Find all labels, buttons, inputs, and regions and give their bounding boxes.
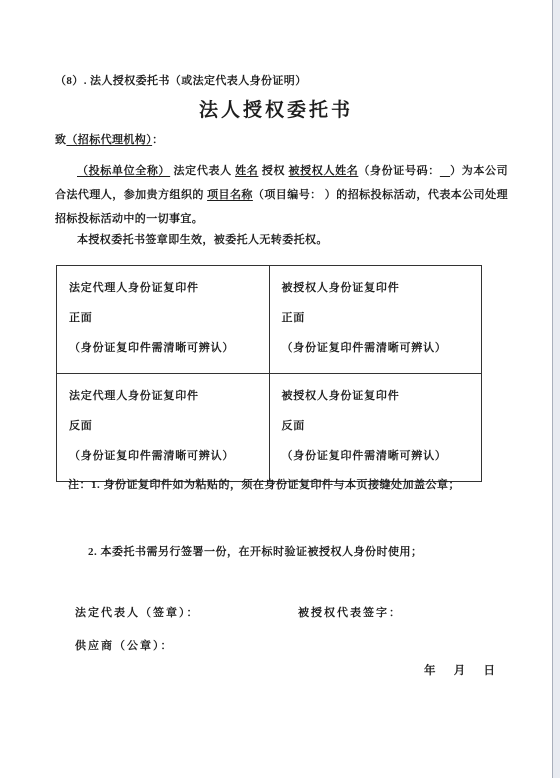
salutation-recipient-blank: （招标代理机构） xyxy=(66,134,152,146)
date-day-label: 日 xyxy=(484,662,496,678)
supplier-seal-label: 供应商（公章）： xyxy=(75,637,174,653)
table-row-front: 法定代理人身份证复印件 正面 （身份证复印件需清晰可辨认） 被授权人身份证复印件… xyxy=(57,266,482,374)
fill-in-blank: 被授权人姓名 xyxy=(289,165,359,177)
cell-title: 被授权人身份证复印件 xyxy=(282,381,478,411)
salutation: 致（招标代理机构）： xyxy=(55,131,164,147)
cell-note: （身份证复印件需清晰可辨认） xyxy=(69,333,265,363)
document-page: （8）. 法人授权委托书（或法定代表人身份证明） 法人授权委托书 致（招标代理机… xyxy=(0,0,553,778)
table-row-back: 法定代理人身份证复印件 反面 （身份证复印件需清晰可辨认） 被授权人身份证复印件… xyxy=(57,374,482,482)
salutation-colon: ： xyxy=(152,134,163,146)
cell-note: （身份证复印件需清晰可辨认） xyxy=(282,441,478,471)
date-year-label: 年 xyxy=(424,662,436,678)
paragraph-text: 授权 xyxy=(258,165,288,177)
note-2: 2. 本委托书需另行签署一份，在开标时验证被授权人身份时使用； xyxy=(88,543,423,559)
cell-title: 法定代理人身份证复印件 xyxy=(69,273,265,303)
cell-side-label: 正面 xyxy=(69,303,265,333)
cell-note: （身份证复印件需清晰可辨认） xyxy=(282,333,478,363)
paragraph-text: （身份证号码： xyxy=(358,165,440,177)
authorization-paragraph: （投标单位全称） 法定代表人 姓名 授权 被授权人姓名（身份证号码： ）为本公司… xyxy=(55,159,508,231)
cell-authorized-person-id-back: 被授权人身份证复印件 反面 （身份证复印件需清晰可辨认） xyxy=(269,374,482,482)
section-heading: （8）. 法人授权委托书（或法定代表人身份证明） xyxy=(55,72,307,88)
date-line: 年 月 日 xyxy=(424,662,495,678)
cell-authorized-person-id-front: 被授权人身份证复印件 正面 （身份证复印件需清晰可辨认） xyxy=(269,266,482,374)
salutation-prefix: 致 xyxy=(55,134,66,146)
fill-in-blank: 姓名 xyxy=(235,165,258,177)
cell-side-label: 正面 xyxy=(282,303,478,333)
cell-title: 法定代理人身份证复印件 xyxy=(69,381,265,411)
cell-note: （身份证复印件需清晰可辨认） xyxy=(69,441,265,471)
paragraph-text: 法定代表人 xyxy=(170,165,235,177)
id-copy-table: 法定代理人身份证复印件 正面 （身份证复印件需清晰可辨认） 被授权人身份证复印件… xyxy=(56,265,482,482)
cell-title: 被授权人身份证复印件 xyxy=(282,273,478,303)
document-title: 法人授权委托书 xyxy=(0,95,552,122)
cell-legal-agent-id-back: 法定代理人身份证复印件 反面 （身份证复印件需清晰可辨认） xyxy=(57,374,270,482)
legal-rep-signature-label: 法定代表人（签章）： xyxy=(75,604,200,620)
note-1: 注：1. 身份证复印件如为粘贴的，须在身份证复印件与本页接缝处加盖公章； xyxy=(68,476,460,492)
cell-side-label: 反面 xyxy=(282,411,478,441)
fill-in-blank: （投标单位全称） xyxy=(77,165,170,177)
effectiveness-paragraph: 本授权委托书签章即生效，被委托人无转委托权。 xyxy=(55,231,508,247)
date-month-label: 月 xyxy=(454,662,466,678)
cell-side-label: 反面 xyxy=(69,411,265,441)
authorized-rep-signature-label: 被授权代表签字： xyxy=(298,604,402,620)
fill-in-blank: 项目名称 xyxy=(207,189,253,201)
cell-legal-agent-id-front: 法定代理人身份证复印件 正面 （身份证复印件需清晰可辨认） xyxy=(57,266,270,374)
fill-in-blank xyxy=(440,165,450,177)
